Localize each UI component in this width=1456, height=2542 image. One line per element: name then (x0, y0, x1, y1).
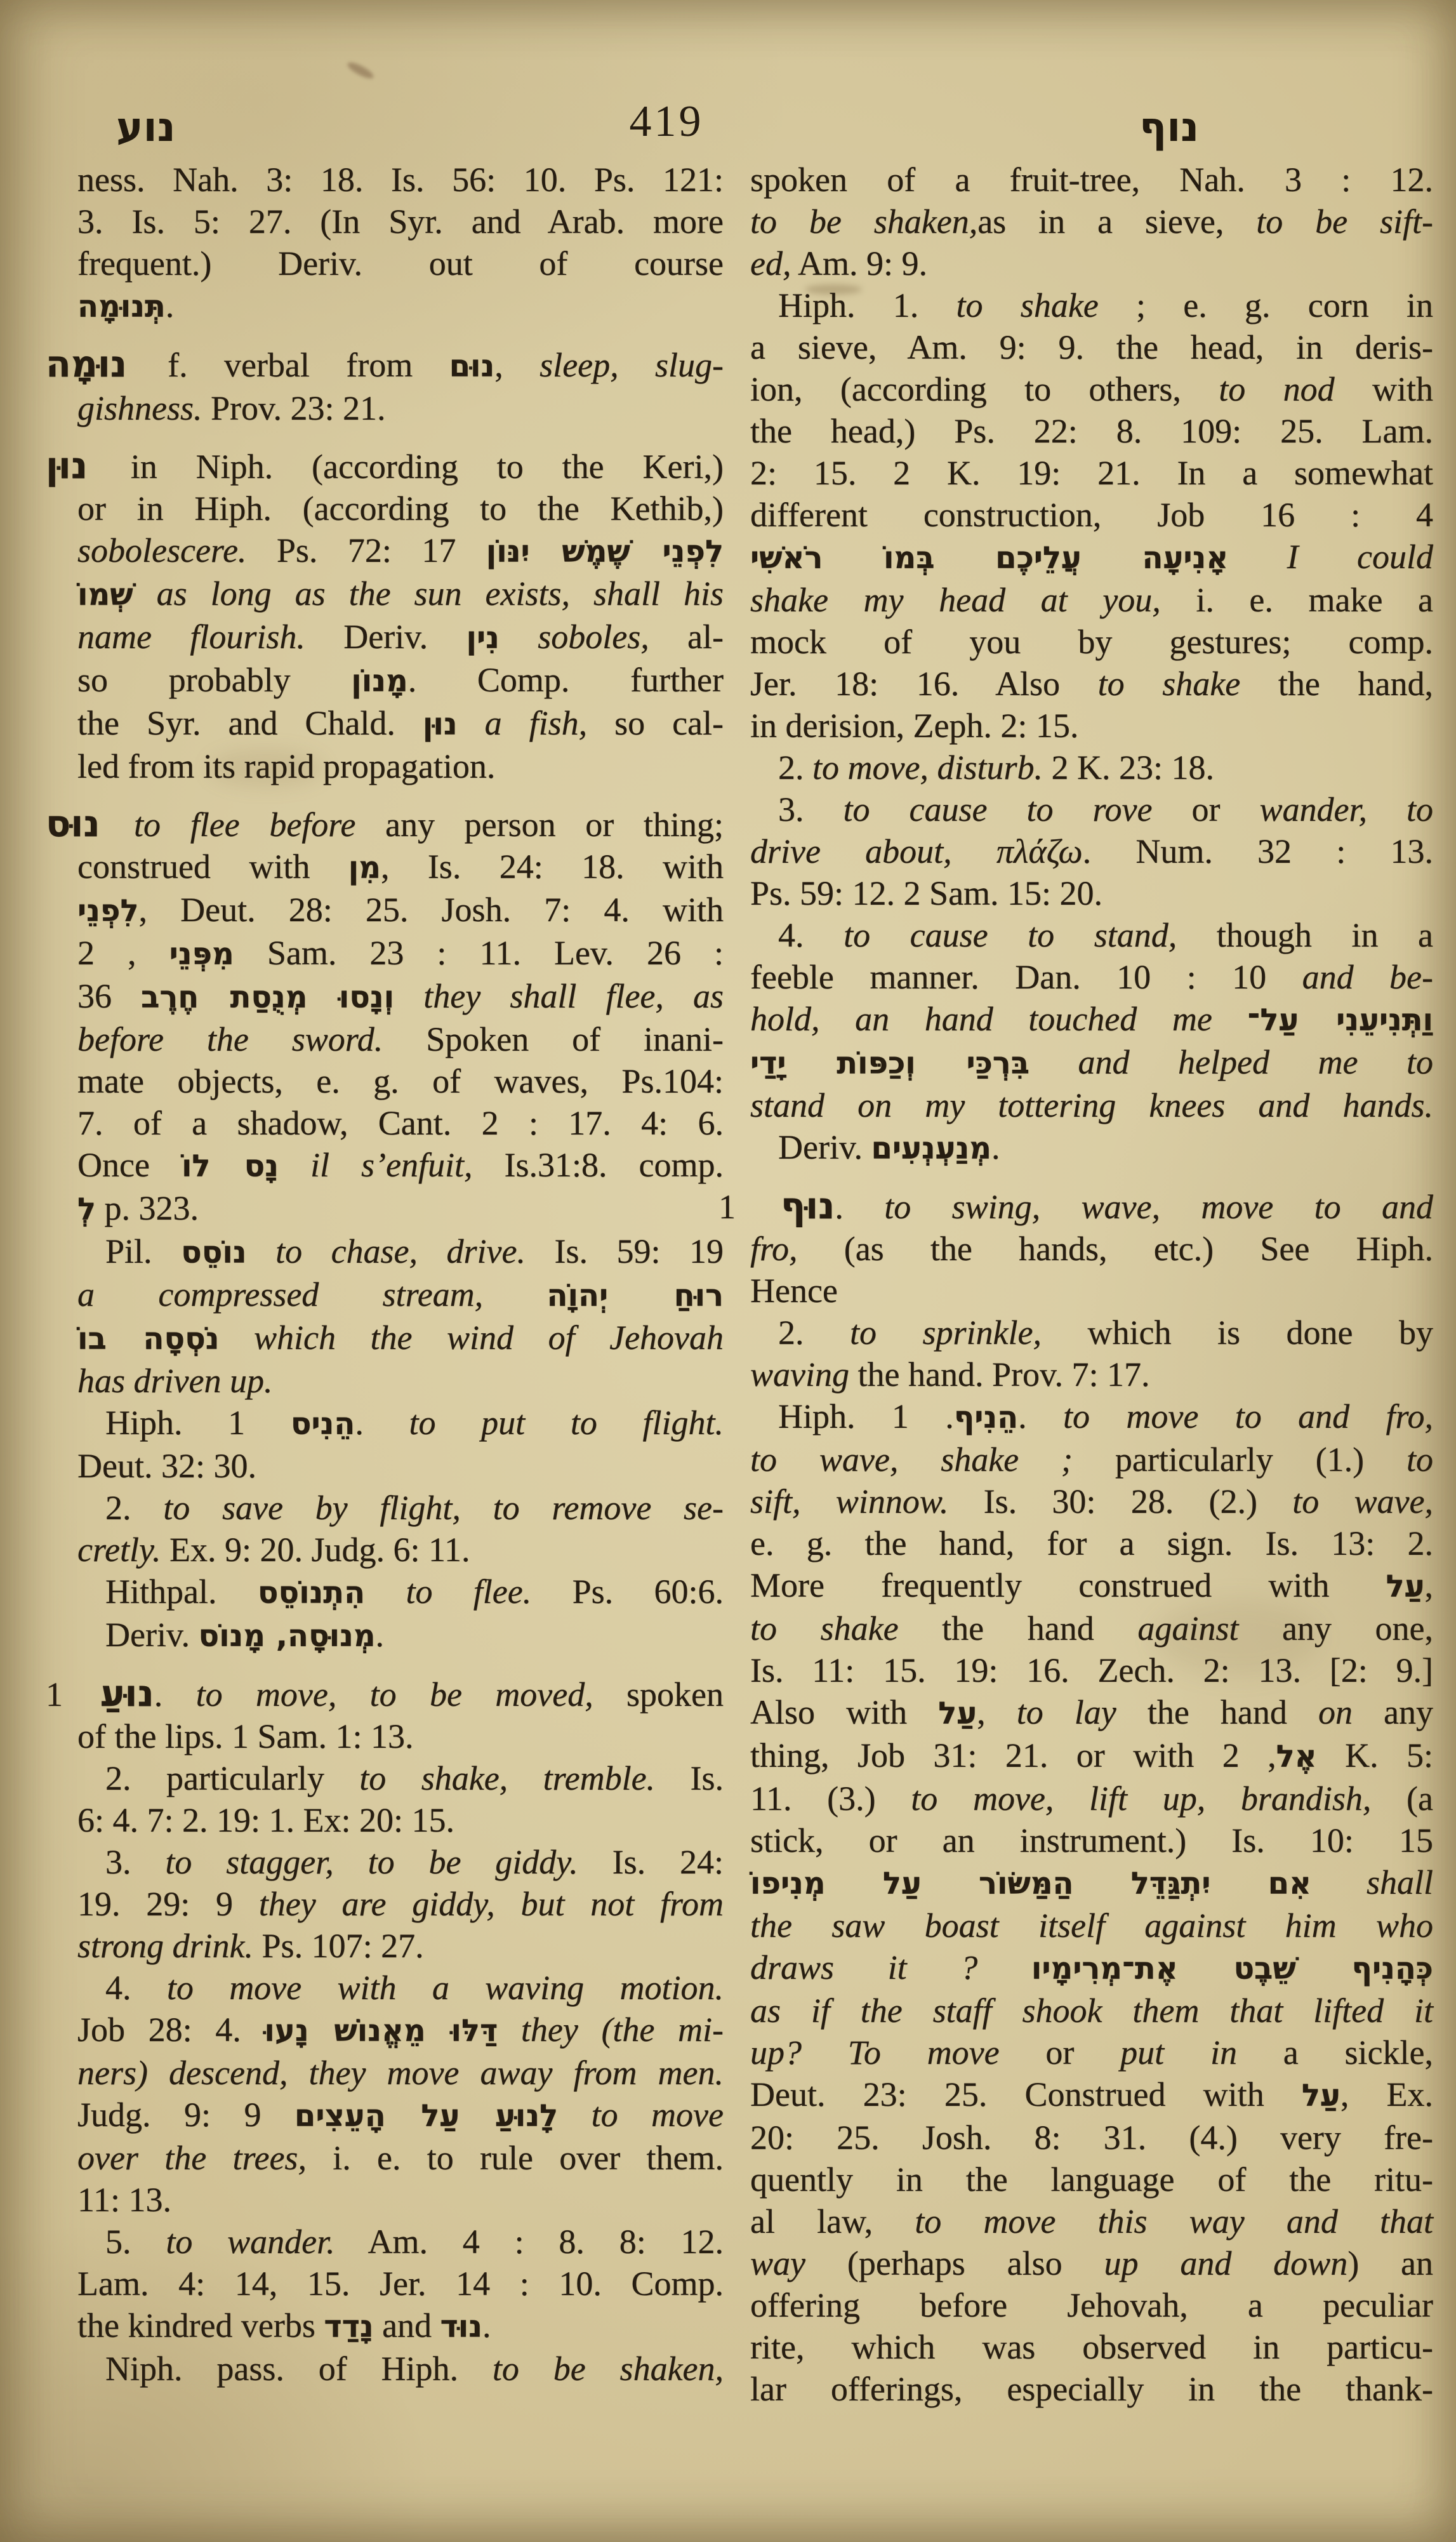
text-line: before the sword. Spoken of inani- (77, 1018, 724, 1060)
text-line: ners) descend, they move away from men. (77, 2052, 724, 2094)
text-line: drive about, πλάζω. Num. 32 : 13. (750, 830, 1433, 872)
text-segment (977, 1948, 1031, 1986)
text-line: Once נָס לוֹ il s’enfuit, Is.31:8. comp. (77, 1144, 724, 1187)
text-line: gishness. Prov. 23: 21. (77, 387, 724, 429)
text-segment: the kindred verbs (77, 2306, 324, 2345)
text-line: al law, to move this way and that (750, 2200, 1433, 2242)
text-line: 2. to move, disturb. 2 K. 23: 18. (750, 747, 1433, 789)
text-line: Job 28: 4. דַּלּוּ מֵאֱנוֹשׁ נָעוּ they … (77, 2009, 724, 2052)
text-line: 3. to cause to rove or wander, to (750, 789, 1433, 830)
text-line: Is. 11: 15. 19: 16. Zech. 2: 13. [2: 9.] (750, 1649, 1433, 1691)
text-segment: , Is. 24: 18. with (381, 848, 724, 886)
text-segment: to lay (1017, 1693, 1116, 1731)
ink-smudge (345, 60, 375, 81)
text-segment: Ps. 59: 12. 2 Sam. 15: 20. (750, 874, 1102, 912)
text-segment: spoken of a fruit-tree, Nah. 3 : 12. (750, 161, 1433, 199)
text-line: נוּעַ 1. to move, to be moved, spoken (77, 1672, 724, 1715)
text-segment: Am. 4 : 8. 8: 12. (335, 2223, 724, 2261)
text-segment: . (482, 2306, 491, 2345)
text-line: a compressed stream, רוּחַ יְהוָֹה (77, 1274, 724, 1317)
text-segment: πλάζω (996, 832, 1083, 870)
text-segment: to (1406, 790, 1433, 828)
text-segment (500, 618, 538, 656)
text-segment: up and down (1104, 2244, 1347, 2282)
hebrew-text: אָנִיעָה עֲלֵיכֶם בְּמוֹ רֹאשִׁי (750, 540, 1228, 576)
text-segment (1212, 1000, 1248, 1038)
text-segment: the head,) Ps. 22: 8. 109: 25. Lam. (750, 412, 1433, 450)
text-segment: Hiph. 1. (778, 286, 956, 324)
text-segment: to move, to be moved, (196, 1675, 593, 1714)
text-segment: rite, which was observed in particu- (750, 2328, 1433, 2366)
text-line: 6: 4. 7: 2. 19: 1. Ex: 20: 15. (77, 1799, 724, 1841)
text-line: 4. to move with a waving motion. (77, 1967, 724, 2009)
text-line: Hithpal. הִתְנוֹסֵס to flee. Ps. 60:6. (77, 1571, 724, 1614)
text-segment: though in a (1177, 916, 1433, 954)
text-segment: sleep, slug- (539, 346, 724, 384)
text-segment: Is. 30: 28. (2.) (948, 1482, 1292, 1521)
text-segment: Deriv. (778, 1128, 871, 1166)
text-line: Deut. 23: 25. Construed with עַל, Ex. (750, 2073, 1433, 2117)
text-line: נוּף 1. to swing, wave, move to and (750, 1185, 1433, 1228)
text-segment: Deut. 32: 30. (77, 1447, 256, 1485)
text-line: in derision, Zeph. 2: 15. (750, 705, 1433, 747)
text-line: More frequently construed with עַל, (750, 1564, 1433, 1607)
text-segment: Is. 59: 19 (526, 1232, 724, 1270)
text-segment (498, 2011, 521, 2049)
text-segment: , (977, 1693, 1017, 1731)
text-segment: Am. 9: 9. (791, 244, 927, 283)
hebrew-text: נוּמָה (46, 342, 168, 385)
text-segment: sift, winnow. (750, 1482, 948, 1521)
text-segment: feeble manner. Dan. 10 : 10 (750, 958, 1302, 996)
text-line: Judg. 9: 9 לָנוּעַ עַל הָעֵצִים to move (77, 2094, 724, 2137)
text-segment: Deriv. (305, 618, 467, 656)
text-segment: with (1335, 370, 1433, 408)
text-segment: to shake, tremble. (359, 1759, 655, 1797)
text-segment: (a (1371, 1780, 1433, 1818)
text-segment: 2. (105, 1489, 163, 1527)
text-segment: disturb. (937, 749, 1043, 787)
text-line: thing, Job 31: 21. or with אֶל, 2 K. 5: (750, 1734, 1433, 1778)
text-segment: e. g. the hand, for a sign. Is. 13: 2. (750, 1524, 1433, 1562)
hebrew-text: הִתְנוֹסֵס (258, 1575, 365, 1611)
text-line: Pil. נוֹסֵס to chase, drive. Is. 59: 19 (77, 1230, 724, 1274)
text-line: Hiph. הֵנִיף. 1. to move to and fro, (750, 1395, 1433, 1439)
text-segment: on (1318, 1693, 1353, 1731)
text-segment (394, 977, 423, 1015)
text-segment: shall (1367, 1863, 1433, 1901)
text-segment: 2 K. 23: 18. (1043, 749, 1214, 787)
text-segment (1228, 538, 1287, 576)
text-segment: gishness. (77, 389, 202, 427)
hebrew-text: עַל (1302, 2078, 1340, 2113)
text-segment: 19. 29: 9 (77, 1885, 259, 1923)
text-segment: to move (592, 2096, 724, 2134)
text-segment: wander, (1259, 790, 1367, 828)
text-segment: 2. particularly (105, 1759, 359, 1797)
text-line: as if the staff shook them that lifted i… (750, 1990, 1433, 2032)
text-segment: stick, or an instrument.) Is. 10: 15 (750, 1821, 1433, 1860)
text-line: 5. to wander. Am. 4 : 8. 8: 12. (77, 2221, 724, 2263)
hebrew-text: וַתְּנִיעֵנִי עַל־ (1247, 1002, 1433, 1038)
hebrew-text: וְנָסוּ מְנֻסַת חֶרֶב (141, 980, 394, 1015)
text-segment: ed, (750, 244, 791, 283)
text-segment (279, 1146, 310, 1184)
text-line: shake my head at you, i. e. make a (750, 579, 1433, 621)
text-line: ness. Nah. 3: 18. Is. 56: 10. Ps. 121: (77, 159, 724, 201)
text-line: לִפְנֵי, Deut. 28: 25. Josh. 7: 4. with (77, 889, 724, 932)
hebrew-text: נָדַד (324, 2309, 373, 2345)
text-line: feeble manner. Dan. 10 : 10 and be- (750, 956, 1433, 998)
hebrew-text: אִם יִתְגַּדֵּל הַמַּשּׂוֹר עַל מְנִיפוֹ (750, 1866, 1311, 1901)
text-line: led from its rapid propagation. (77, 745, 724, 787)
text-segment: More frequently construed with (750, 1566, 1386, 1604)
text-segment: . (376, 1616, 385, 1654)
text-line: stick, or an instrument.) Is. 10: 15 (750, 1820, 1433, 1861)
text-line: the kindred verbs נָדַד and נוּד. (77, 2305, 724, 2348)
text-line: 7. of a shadow, Cant. 2 : 17. 4: 6. (77, 1102, 724, 1144)
text-segment: has driven up. (77, 1362, 272, 1400)
text-line: Hiph. 1. to shake ; e. g. corn in (750, 284, 1433, 326)
text-segment: Also with (750, 1693, 938, 1731)
text-segment: fro, (750, 1230, 798, 1268)
text-segment (247, 1232, 276, 1270)
text-segment: to shake (1098, 665, 1241, 703)
text-line: way (perhaps also up and down) an (750, 2242, 1433, 2284)
text-segment: to cause to rove (844, 790, 1153, 828)
text-line: 2. to save by flight, to remove se- (77, 1487, 724, 1529)
text-segment: 20: 25. Josh. 8: 31. (4.) very fre- (750, 2119, 1433, 2157)
text-segment: construed with (77, 848, 348, 886)
text-line: נֹסְסָה בוֹ which the wind of Jehovah (77, 1317, 724, 1360)
text-segment: to move to and fro, (1063, 1397, 1433, 1435)
hebrew-text: נוּעַ (63, 1672, 154, 1715)
text-segment: offering before Jehovah, a peculiar (750, 2286, 1433, 2324)
text-segment: as (693, 977, 724, 1015)
hebrew-text: עַל (938, 1696, 977, 1731)
text-segment: before the sword. (77, 1020, 383, 1058)
text-segment: f. verbal from (168, 346, 449, 384)
text-segment: p. 323. (96, 1189, 199, 1227)
text-segment: soboles, (538, 618, 649, 656)
text-segment: to cause to stand, (844, 916, 1177, 954)
text-segment: quently in the language of the ritu- (750, 2160, 1433, 2199)
text-segment (334, 1843, 368, 1881)
text-line: frequent.) Deriv. out of course (77, 243, 724, 284)
text-segment: they (the mi- (521, 2011, 724, 2049)
hebrew-text: תְּנוּמָה (77, 289, 166, 324)
text-segment: Is. 24: (578, 1843, 724, 1881)
text-line: 2: 15. 2 K. 19: 21. In a somewhat (750, 452, 1433, 494)
hebrew-text: נוּד (440, 2309, 482, 2345)
text-segment: the hand (1116, 1693, 1318, 1731)
text-line: נוּמָה f. verbal from נוּם, sleep, slug- (77, 343, 724, 387)
text-segment: 2. (778, 1314, 850, 1352)
text-line: 2. to sprinkle, which is done by (750, 1312, 1433, 1354)
text-segment: a fish, (485, 704, 588, 742)
text-segment: 36 (77, 977, 141, 1015)
text-segment: to move this way and that (915, 2202, 1433, 2240)
text-segment: to move with a waving motion. (167, 1969, 724, 2007)
text-segment: which is done by (1042, 1314, 1433, 1352)
text-segment: , Deut. 28: 25. Josh. 7: 4. with (139, 891, 724, 929)
text-segment: mock of you by gestures; comp. (750, 623, 1433, 661)
text-line: Ps. 59: 12. 2 Sam. 15: 20. (750, 872, 1433, 914)
text-segment: a sieve, Am. 9: 9. the head, in deris- (750, 328, 1433, 366)
text-segment: mate objects, e. g. of waves, Ps.104: (77, 1062, 724, 1100)
text-segment: 2: 15. 2 K. 19: 21. In a somewhat (750, 454, 1433, 492)
text-line: has driven up. (77, 1360, 724, 1402)
text-segment (133, 575, 157, 613)
text-segment: 7. of a shadow, Cant. 2 : 17. 4: 6. (77, 1104, 724, 1142)
text-line: 36 וְנָסוּ מְנֻסַת חֶרֶב they shall flee… (77, 975, 724, 1018)
text-segment: against (1137, 1609, 1238, 1647)
book-page: נוע 419 נוף ness. Nah. 3: 18. Is. 56: 10… (0, 0, 1456, 2542)
text-segment: as long as the sun exists, shall his (157, 575, 724, 613)
hebrew-text: לְ (77, 1192, 96, 1227)
text-segment: put in (1120, 2033, 1237, 2072)
text-segment: spoken (593, 1675, 724, 1714)
text-line: offering before Jehovah, a peculiar (750, 2284, 1433, 2326)
text-line: the saw boast itself against him who (750, 1905, 1433, 1946)
text-segment: and helped me to (1078, 1043, 1434, 1081)
running-head-right-hebrew: נוף (1139, 93, 1199, 163)
text-segment: Is.31:8. comp. (473, 1146, 724, 1184)
text-segment: ners) descend, they move away from men. (77, 2054, 724, 2092)
text-line: מִפְּנֵי , 2 Sam. 23 : 11. Lev. 26 : (77, 932, 724, 975)
text-segment: Pil. (105, 1232, 181, 1270)
hebrew-text: כְּהָנִיף שֵׁבֶט אֶת־מְרִימָיו (1031, 1951, 1433, 1986)
text-segment: or (1152, 790, 1259, 828)
text-segment (219, 1319, 254, 1357)
text-line: ed, Am. 9: 9. (750, 243, 1433, 284)
text-segment: Hithpal. (105, 1573, 258, 1611)
text-segment: ) an (1347, 2244, 1433, 2282)
running-head-left-hebrew: נוע (116, 93, 176, 163)
text-segment: to move, lift up, brandish, (911, 1780, 1371, 1818)
text-line: of the lips. 1 Sam. 1: 13. (77, 1715, 724, 1757)
text-line: Deriv. מְנוּסָה, מָנוֹס. (77, 1614, 724, 1657)
hebrew-text: נָס לוֹ (182, 1148, 279, 1184)
text-segment: to move, (812, 749, 929, 787)
hebrew-text: מִן (348, 850, 381, 886)
text-segment: 4. (105, 1969, 167, 2007)
text-line: Deriv. מְנַעְנְעִים. (750, 1126, 1433, 1169)
text-line: rite, which was observed in particu- (750, 2326, 1433, 2368)
text-segment: al- (649, 618, 724, 656)
text-segment (558, 2096, 591, 2134)
text-segment: stand on my tottering knees and hands. (750, 1086, 1433, 1124)
text-line: stand on my tottering knees and hands. (750, 1084, 1433, 1126)
text-line: the Syr. and Chald. נוּן a fish, so cal- (77, 702, 724, 745)
text-line: mock of you by gestures; comp. (750, 621, 1433, 663)
text-segment: in Niph. (according to the Keri,) (131, 448, 724, 486)
text-segment: they shall flee, (423, 977, 664, 1015)
text-segment: to flee. (406, 1573, 531, 1611)
text-line: cretly. Ex. 9: 20. Judg. 6: 11. (77, 1529, 724, 1571)
text-segment: Prov. 23: 21. (202, 389, 386, 427)
text-segment: so probably (77, 661, 351, 699)
text-segment: ion, (according to others, (750, 370, 1219, 408)
hebrew-text: מְנוּסָה, מָנוֹס (198, 1618, 375, 1654)
text-segment: draws it ? (750, 1948, 977, 1986)
hebrew-text: נוּן (46, 444, 131, 487)
text-segment: al law, (750, 2202, 915, 2240)
text-segment: to wave, (1292, 1482, 1433, 1521)
hebrew-text: נֹסְסָה בוֹ (77, 1321, 219, 1357)
text-segment: Hiph. (778, 1397, 892, 1435)
text-segment: way (750, 2244, 805, 2282)
text-line: quently in the language of the ritu- (750, 2159, 1433, 2200)
text-segment: over the trees, (77, 2139, 307, 2177)
hebrew-text: נוּן (423, 707, 458, 742)
text-segment: name flourish. (77, 618, 305, 656)
text-line: Deut. 32: 30. (77, 1445, 724, 1487)
text-segment: in derision, Zeph. 2: 15. (750, 707, 1078, 745)
text-segment: 3. Is. 5: 27. (In Syr. and Arab. more (77, 203, 724, 241)
text-segment: ness. Nah. 3: 18. Is. 56: 10. Ps. 121: (77, 161, 724, 199)
text-segment: 3. (778, 790, 844, 828)
text-line: Niph. pass. of Hiph. to be shaken, (77, 2348, 724, 2390)
text-line: 11: 13. (77, 2179, 724, 2221)
text-segment (483, 1275, 546, 1314)
text-segment: frequent.) Deriv. out of course (77, 244, 724, 283)
text-segment: of the lips. 1 Sam. 1: 13. (77, 1717, 413, 1755)
hebrew-text: לִפְנֵי (77, 893, 139, 929)
hebrew-text: הֵנִיף (954, 1400, 1018, 1435)
text-segment: the hand (899, 1609, 1138, 1647)
text-line: נוּס to flee before any person or thing; (77, 802, 724, 846)
text-segment: up? To move (750, 2033, 1000, 2072)
text-line: Also with עַל, to lay the hand on any (750, 1691, 1433, 1734)
text-line: name flourish. Deriv. נִין soboles, al- (77, 616, 724, 659)
text-segment: particularly (1.) (1073, 1441, 1406, 1479)
text-segment (1311, 1863, 1367, 1901)
text-segment: Deriv. (105, 1616, 198, 1654)
text-segment: Once (77, 1146, 182, 1184)
hebrew-text: נוּם (449, 349, 495, 384)
text-line: אָנִיעָה עֲלֵיכֶם בְּמוֹ רֹאשִׁי I could (750, 536, 1433, 579)
text-segment: the Syr. and Chald. (77, 704, 423, 742)
text-line: ion, (according to others, to nod with (750, 368, 1433, 410)
text-line: נוּן in Niph. (according to the Keri,) (77, 444, 724, 488)
text-line: fro, (as the hands, etc.) See Hiph. (750, 1228, 1433, 1270)
text-segment: Spoken of inani- (383, 1020, 724, 1058)
text-segment: they are giddy, but not from (259, 1885, 724, 1923)
text-segment: or in Hiph. (according to the Kethib,) (77, 489, 724, 528)
text-segment: the hand, (1240, 665, 1433, 703)
text-segment (1029, 1043, 1078, 1081)
text-segment: I could (1287, 538, 1433, 576)
text-segment: i. e. to rule over them. (307, 2139, 724, 2177)
text-segment: a sickle, (1237, 2033, 1433, 2072)
text-line: to wave, shake ; particularly (1.) to (750, 1439, 1433, 1481)
text-segment: 11. (3.) (750, 1780, 911, 1818)
text-segment: Deut. 23: 25. Construed with (750, 2075, 1302, 2113)
text-segment: to flee before (134, 806, 355, 844)
text-segment: to be shaken, (493, 2350, 724, 2388)
text-segment: to chase, drive. (275, 1232, 526, 1270)
text-segment: 3. (105, 1843, 165, 1881)
text-segment: hold, an hand touched me (750, 1000, 1212, 1038)
hebrew-text: בִּרְכַּי וְכַפּוֹת יָדַי (750, 1046, 1029, 1081)
text-line: or in Hiph. (according to the Kethib,) (77, 488, 724, 529)
text-segment: thing, Job 31: 21. or with (750, 1736, 1222, 1774)
text-line: 3. to stagger, to be giddy. Is. 24: (77, 1841, 724, 1883)
text-segment: 6: 4. 7: 2. 19: 1. Ex: 20: 15. (77, 1801, 454, 1839)
hebrew-text: נוּף (736, 1184, 835, 1227)
text-segment: and (374, 2306, 440, 2345)
text-segment: 11: 13. (77, 2181, 171, 2219)
text-line: mate objects, e. g. of waves, Ps.104: (77, 1060, 724, 1102)
text-line: spoken of a fruit-tree, Nah. 3 : 12. (750, 159, 1433, 201)
hebrew-text: לָנוּעַ עַל הָעֵצִים (295, 2098, 558, 2134)
text-line: אִם יִתְגַּדֵּל הַמַּשּׂוֹר עַל מְנִיפוֹ… (750, 1861, 1433, 1905)
text-segment: different construction, Job 16 : 4 (750, 496, 1433, 534)
text-segment: to swing, wave, move to and (884, 1188, 1433, 1226)
text-segment: 4. (778, 916, 844, 954)
text-segment: Is. (655, 1759, 724, 1797)
text-segment (929, 749, 937, 787)
text-segment: . Comp. further (408, 661, 724, 699)
text-segment: Hiph. (105, 1404, 228, 1442)
text-segment: ; e. g. corn in (1099, 286, 1433, 324)
hebrew-text: הֵנִיס (291, 1406, 355, 1442)
text-segment: or (1000, 2033, 1121, 2072)
hebrew-text: עַל (1386, 1569, 1425, 1604)
text-segment: to (1406, 1441, 1433, 1479)
text-line: to be shaken,as in a sieve, to be sift- (750, 201, 1433, 243)
text-segment: and be- (1302, 958, 1433, 996)
text-segment: . Num. 32 : 13. (1083, 832, 1433, 870)
text-line: 19. 29: 9 they are giddy, but not from (77, 1883, 724, 1925)
hebrew-text: נוּס (46, 802, 134, 845)
text-segment (952, 832, 996, 870)
text-segment: i. e. make a (1161, 581, 1433, 619)
text-line: the head,) Ps. 22: 8. 109: 25. Lam. (750, 410, 1433, 452)
text-line: Lam. 4: 14, 15. Jer. 14 : 10. Comp. (77, 2263, 724, 2305)
text-segment (664, 977, 693, 1015)
text-segment: to wander. (166, 2223, 334, 2261)
hebrew-text: אֶל (1276, 1739, 1317, 1774)
text-segment (365, 1573, 406, 1611)
text-segment: Niph. pass. of Hiph. (105, 2350, 493, 2388)
text-segment: to shake (750, 1609, 899, 1647)
hebrew-text: שְׁמוֹ (77, 577, 133, 613)
text-line: so probably מָנוֹן. Comp. further (77, 659, 724, 702)
text-segment: Ps. 72: 17 (246, 531, 486, 569)
text-segment: to stagger, (165, 1843, 333, 1881)
text-segment: to shake (956, 286, 1099, 324)
text-segment: shake my head at you, (750, 581, 1161, 619)
text-segment: Jer. 18: 16. Also (750, 665, 1098, 703)
text-segment: to wave, shake ; (750, 1441, 1073, 1479)
text-segment: Ps. 60:6. (531, 1573, 724, 1611)
text-segment: the saw boast itself against him who (750, 1906, 1433, 1945)
text-line: לְ p. 323. (77, 1187, 724, 1230)
text-line: בִּרְכַּי וְכַפּוֹת יָדַי and helped me … (750, 1041, 1433, 1084)
text-segment: so cal- (587, 704, 724, 742)
text-segment: any one, (1238, 1609, 1433, 1647)
text-segment (1367, 790, 1406, 828)
text-segment (458, 704, 485, 742)
text-segment: any person or thing; (355, 806, 724, 844)
text-segment: , (494, 346, 539, 384)
text-line: construed with מִן, Is. 24: 18. with (77, 846, 724, 889)
text-segment: Ps. 107: 27. (253, 1927, 424, 1965)
text-line: up? To move or put in a sickle, (750, 2032, 1433, 2073)
text-line: שְׁמוֹ as long as the sun exists, shall … (77, 573, 724, 616)
